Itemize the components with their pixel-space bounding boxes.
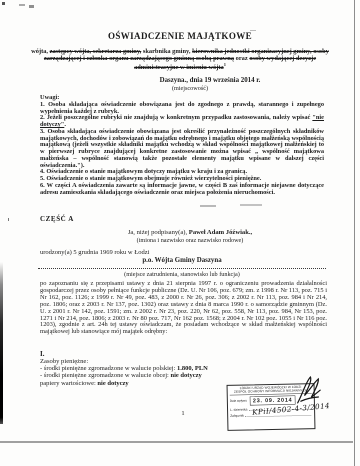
scan-edge-vertical-line	[354, 0, 355, 466]
text-segment: 2. Jeżeli poszczególne rubryki nie znajd…	[40, 114, 312, 121]
paraph-scribble-icon	[293, 374, 324, 409]
declarant-intro: Ja, niżej podpisany(a),	[128, 229, 189, 236]
stamp-journal-label: L. dziennika	[230, 408, 247, 412]
section-number: I.	[40, 350, 44, 358]
place-date-line: Daszyna., dnia 19 września 2014 r.	[110, 77, 310, 84]
signature-paraph-icon	[293, 374, 324, 409]
scan-speck	[8, 218, 9, 221]
scan-smudge	[200, 205, 216, 207]
place-caption: (miejscowość)	[140, 85, 240, 92]
asset-label: - środki pieniężne zgromadzone w walucie…	[40, 365, 177, 372]
stamp-attachment-label: Załącznik	[230, 414, 244, 418]
name-caption: (imiona i nazwisko oraz nazwisko rodowe)	[60, 237, 320, 244]
declarant-name: Paweł Adam Jóźwiak.,	[189, 229, 252, 236]
note-item: 6. W części A oświadczenia zawarte są in…	[40, 183, 324, 197]
notes-block: Uwagi: 1. Osoba składająca oświadczenie …	[40, 95, 324, 196]
section-heading: Zasoby pieniężne:	[40, 358, 88, 365]
page-title: OŚWIADCZENIE MAJĄTKOWE	[0, 31, 360, 41]
note-item: 3. Osoba składająca oświadczenie obowiąz…	[40, 129, 324, 170]
asset-value: nie dotyczy	[171, 372, 202, 379]
notes-list: 1. Osoba składająca oświadczenie obowiąz…	[40, 102, 324, 197]
note-item: 2. Jeżeli poszczególne rubryki nie znajd…	[40, 115, 324, 129]
position-caption: (miejsce zatrudnienia, stanowisko lub fu…	[40, 271, 324, 278]
scan-edge-horizontal-line	[0, 441, 353, 443]
text-segment: 6. W części A oświadczenia zawarte są in…	[40, 182, 324, 196]
scan-speck	[250, 30, 256, 31]
birth-line: urodzony(a) 5 grudnia 1969 roku w Łodzi	[40, 249, 149, 256]
text-segment: oraz	[234, 55, 249, 62]
part-a-header: CZĘŚĆ A	[40, 215, 74, 223]
scan-speck	[29, 5, 34, 8]
asset-value: 1.800, PLN	[177, 365, 208, 372]
note-item: 1. Osoba składająca oświadczenie obowiąz…	[40, 102, 324, 116]
declarant-intro-line: Ja, niżej podpisany(a), Paweł Adam Jóźwi…	[40, 229, 340, 236]
page-number: 1	[175, 410, 191, 417]
asset-label: - środki pieniężne zgromadzone w walucie…	[40, 372, 171, 379]
stamp-date-label: Data wpływu	[230, 399, 247, 403]
scanned-document-page: OŚWIADCZENIE MAJĄTKOWE wójta, zastępcy w…	[0, 0, 360, 466]
scan-speck	[19, 4, 25, 6]
scan-smudge	[240, 204, 262, 206]
text-segment: 3. Osoba składająca oświadczenie obowiąz…	[40, 128, 324, 169]
asset-line: - środki pieniężne zgromadzone w walucie…	[40, 365, 320, 372]
text-segment: 1	[224, 62, 226, 67]
asset-line: - środki pieniężne zgromadzone w walucie…	[40, 372, 320, 379]
asset-value: nie dotyczy	[97, 380, 128, 387]
scan-edge-left-bar	[0, 262, 3, 424]
text-segment: 1. Osoba składająca oświadczenie obowiąz…	[40, 101, 324, 115]
legal-paragraph: po zapoznaniu się z przepisami ustawy z …	[40, 281, 327, 336]
position-line: p.o. Wójta Gminy Daszyna	[40, 257, 324, 264]
subtitle-roles: wójta, zastępcy wójta, sekretarza gminy,…	[30, 49, 330, 72]
scan-speck	[2, 2, 5, 5]
asset-label: papiery wartościowe:	[40, 380, 97, 387]
dotted-separator	[38, 268, 326, 269]
